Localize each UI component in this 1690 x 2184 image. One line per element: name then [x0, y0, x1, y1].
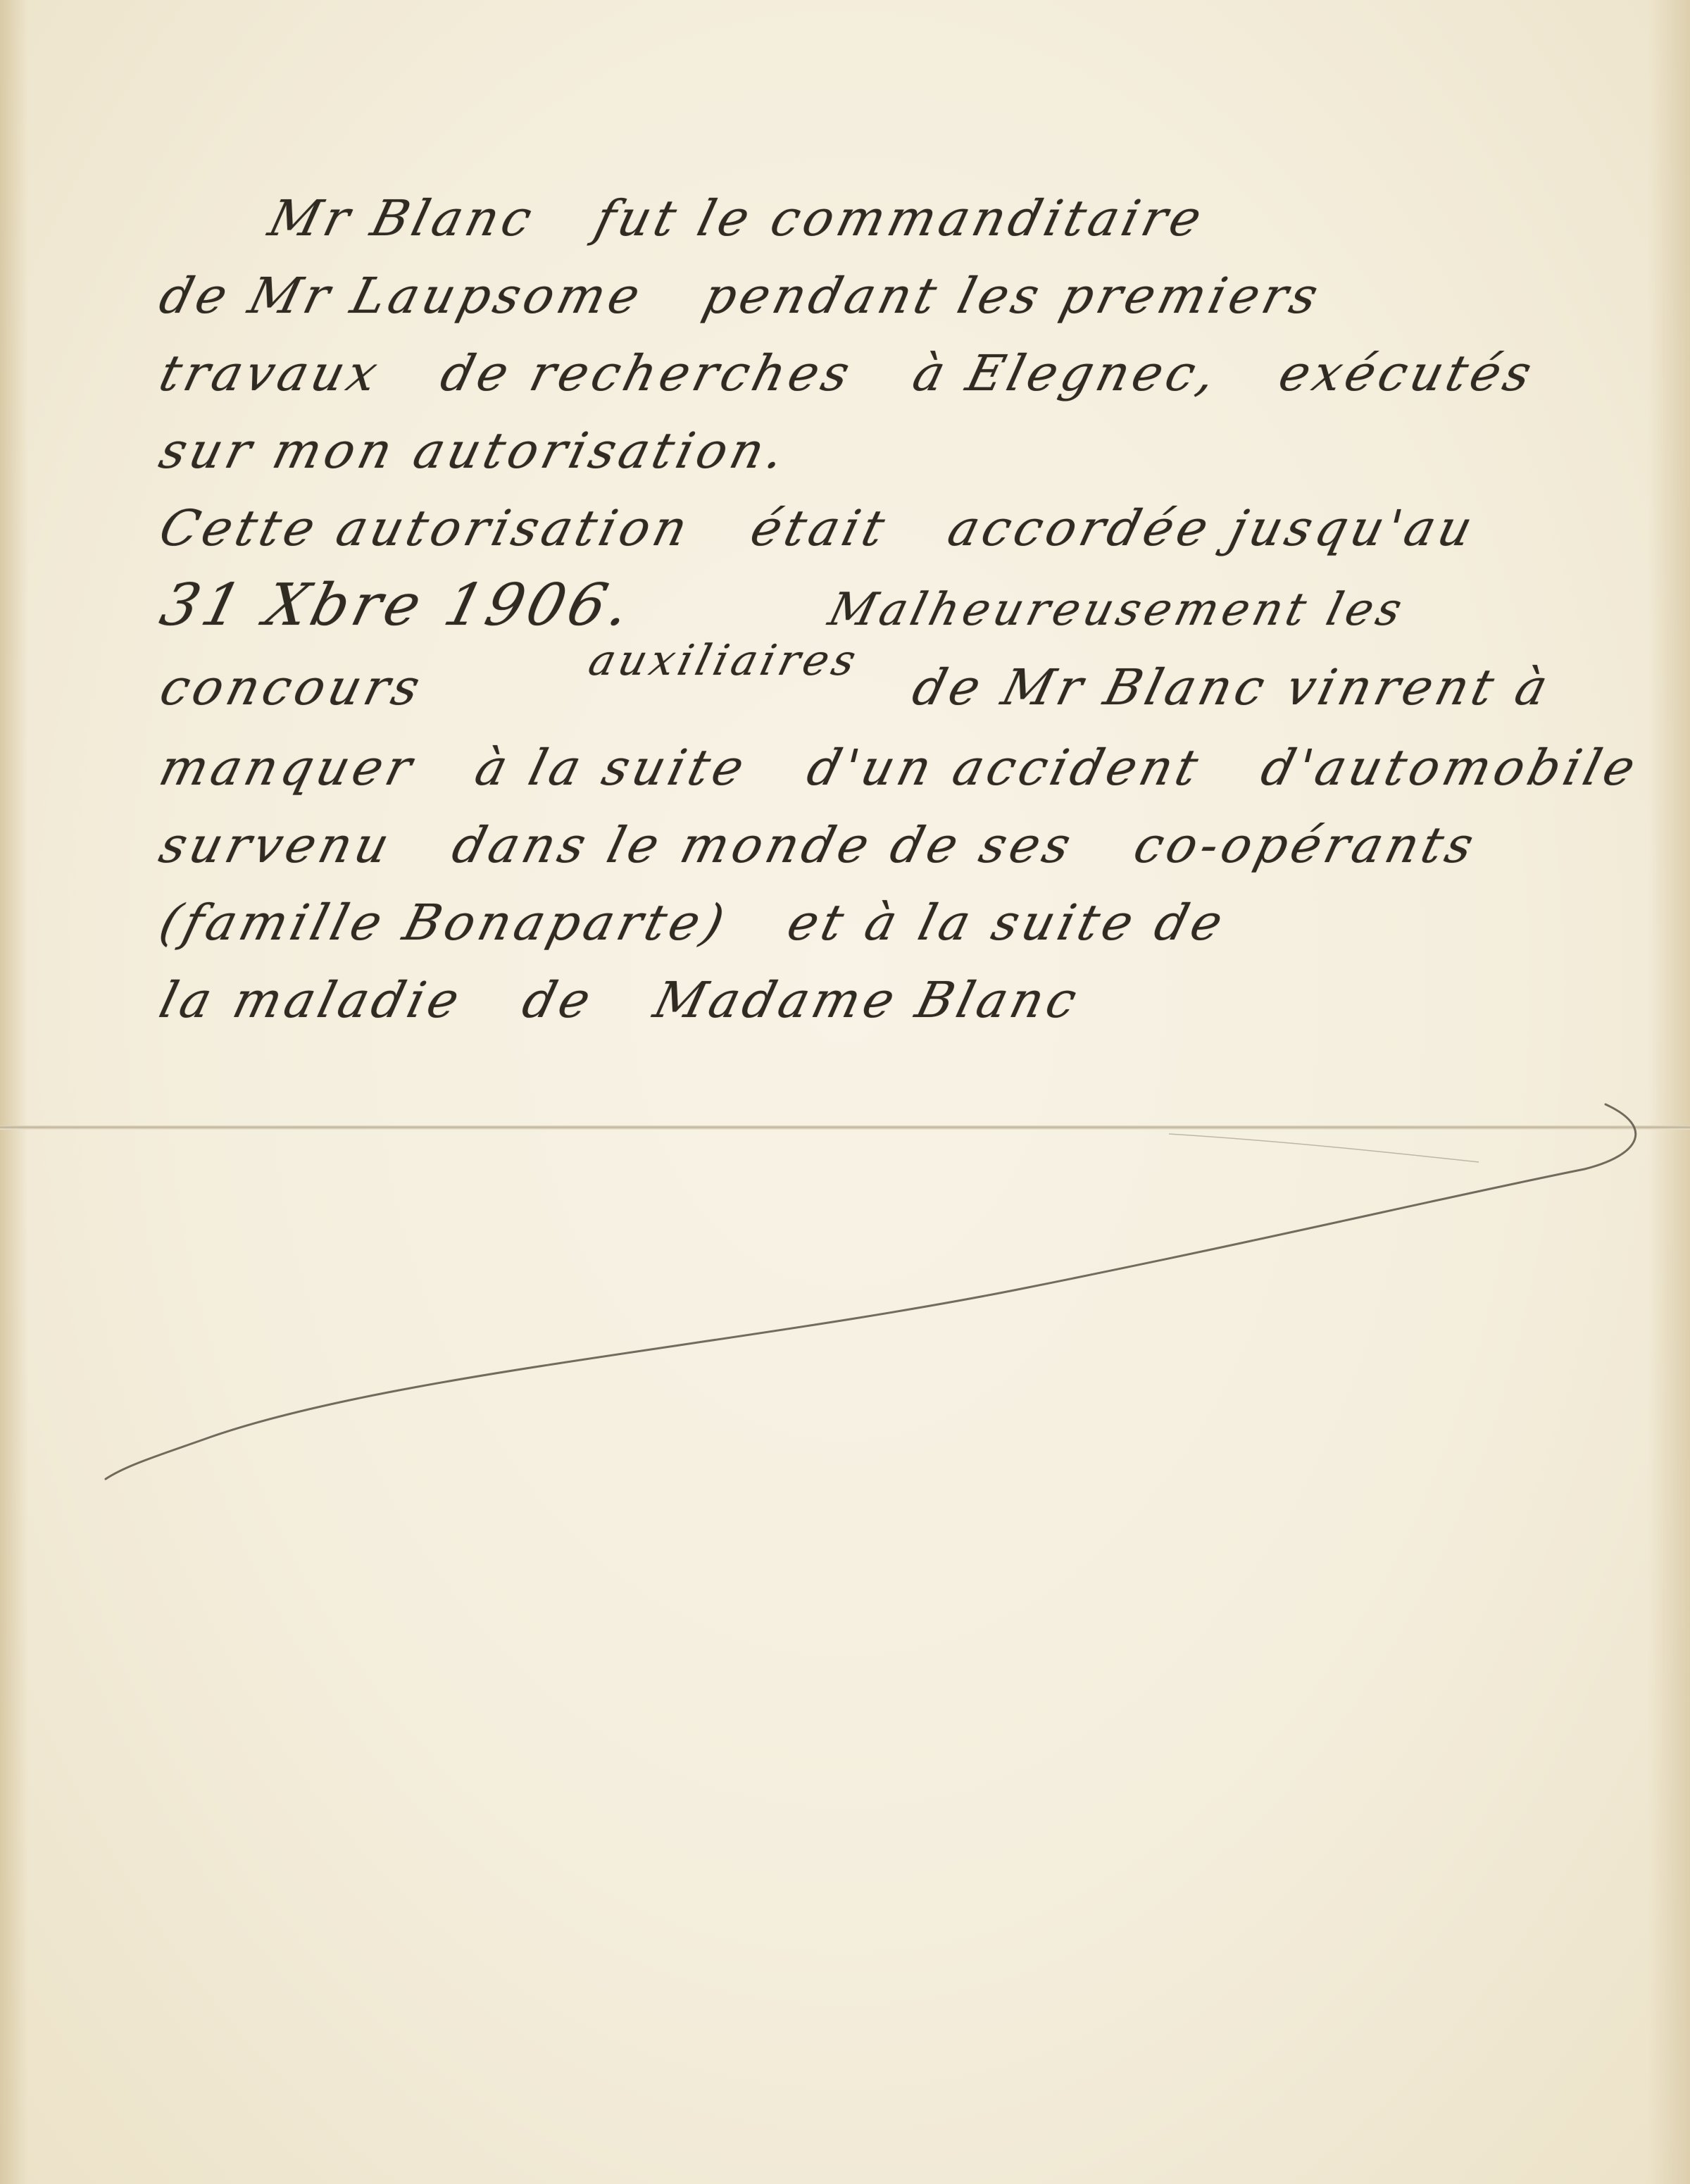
- handwritten-text: exécutés: [1271, 335, 1544, 412]
- handwritten-signature-text: Madame Blanc: [646, 961, 1089, 1039]
- handwritten-text: co-opérants: [1126, 806, 1486, 884]
- handwritten-text: de Mr Blanc vinrent à: [905, 649, 1560, 726]
- letter-line-5: Cette autorisation était accordée jusqu'…: [151, 489, 1663, 567]
- handwritten-text: Malheureusement les: [820, 571, 1414, 649]
- handwritten-text: manquer: [151, 729, 424, 806]
- handwritten-text: sur mon autorisation.: [151, 412, 797, 489]
- handwritten-text: d'un accident: [799, 729, 1210, 806]
- letter-line-9: survenu dans le monde de ses co-opérants: [151, 806, 1663, 884]
- handwritten-text: concours: [152, 649, 432, 726]
- handwritten-text: à la suite: [467, 729, 756, 806]
- letter-line-4: sur mon autorisation.: [151, 412, 1663, 489]
- letter-line-6: 31 Xbre 1906. Malheureusement les: [151, 567, 1665, 649]
- handwritten-text: Mr Blanc: [261, 180, 544, 257]
- handwritten-text: et à la suite de: [780, 884, 1235, 961]
- handwritten-text: survenu: [151, 806, 401, 884]
- handwritten-text: Cette autorisation: [151, 489, 700, 567]
- handwritten-text: accordée jusqu'au: [940, 489, 1485, 567]
- handwritten-text: (famille Bonaparte): [151, 884, 737, 961]
- letter-line-3: travaux de recherches à Elegnec, exécuté…: [151, 335, 1663, 412]
- letter-line-10: (famille Bonaparte) et à la suite de: [151, 884, 1663, 961]
- handwritten-text: était: [743, 489, 897, 567]
- handwritten-date: 31 Xbre 1906.: [152, 567, 641, 644]
- letter-line-1: Mr Blanc fut le commanditaire: [151, 180, 1663, 257]
- letter-page: Mr Blanc fut le commanditaire de Mr Laup…: [0, 0, 1690, 2184]
- paper-edge-right: [1648, 0, 1690, 2184]
- letter-line-11: la maladie de Madame Blanc: [151, 961, 1663, 1039]
- handwritten-text: de Mr Laupsome: [151, 257, 652, 335]
- handwritten-text: d'automobile: [1253, 729, 1648, 806]
- letter-line-2: de Mr Laupsome pendant les premiers: [151, 257, 1663, 335]
- handwritten-text: fut le commanditaire: [587, 180, 1214, 257]
- handwritten-text: la maladie: [151, 961, 472, 1039]
- handwritten-insertion: auxiliaires: [580, 622, 868, 699]
- handwritten-text: travaux: [151, 335, 390, 412]
- handwritten-text: de recherches: [432, 335, 862, 412]
- handwritten-text: à Elegnec,: [905, 335, 1228, 412]
- letter-line-7: concours auxiliaires de Mr Blanc vinrent…: [151, 649, 1664, 729]
- letter-line-8: manquer à la suite d'un accident d'autom…: [151, 729, 1663, 806]
- letter-body: Mr Blanc fut le commanditaire de Mr Laup…: [151, 180, 1644, 1039]
- fold-crease: [0, 1125, 1690, 1130]
- handwritten-text: pendant les premiers: [695, 257, 1330, 335]
- handwritten-text: de: [515, 961, 603, 1039]
- handwritten-text: dans le monde de ses: [444, 806, 1083, 884]
- paper-edge-left: [0, 0, 28, 2184]
